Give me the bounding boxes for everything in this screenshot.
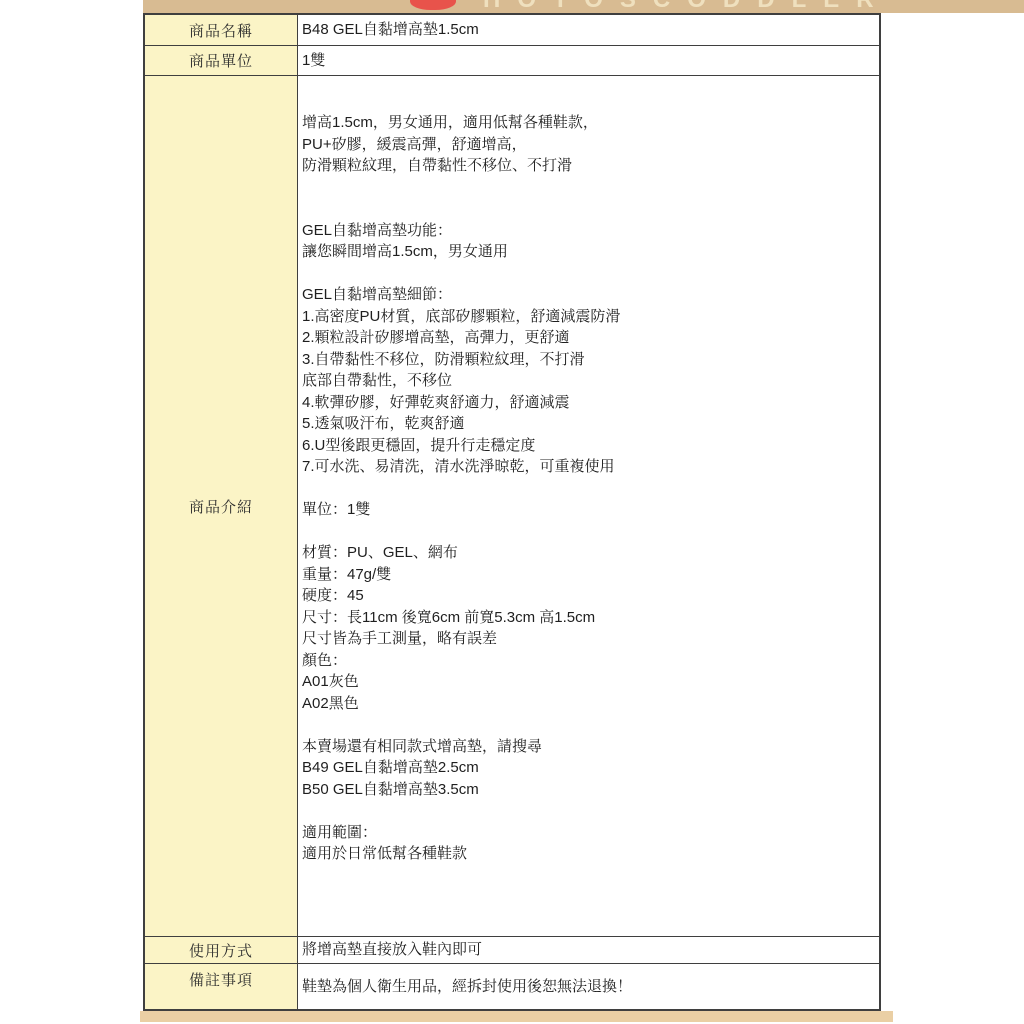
description-line: 顏色： — [302, 650, 875, 672]
table-row-product-description: 商品介紹 增高1.5cm，男女通用，適用低幫各種鞋款，PU+矽膠，緩震高彈，舒適… — [145, 75, 879, 936]
description-line: PU+矽膠，緩震高彈，舒適增高， — [302, 134, 875, 156]
row-value-product-unit: 1雙 — [298, 46, 879, 75]
description-line — [302, 478, 875, 500]
description-line: 尺寸：長11cm 後寬6cm 前寬5.3cm 高1.5cm — [302, 607, 875, 629]
watermark-red-logo-fragment — [410, 0, 456, 10]
description-line — [302, 198, 875, 220]
watermark-top-band: HOTOSCODDLER — [143, 0, 1024, 13]
table-row-product-unit: 商品單位 1雙 — [145, 45, 879, 75]
description-line: 1.高密度PU材質，底部矽膠顆粒，舒適減震防滑 — [302, 306, 875, 328]
description-line: 增高1.5cm，男女通用，適用低幫各種鞋款， — [302, 112, 875, 134]
description-line: A01灰色 — [302, 671, 875, 693]
row-label-product-description: 商品介紹 — [145, 76, 298, 936]
row-value-product-description: 增高1.5cm，男女通用，適用低幫各種鞋款，PU+矽膠，緩震高彈，舒適增高，防滑… — [298, 76, 879, 936]
description-line: B49 GEL自黏增高墊2.5cm — [302, 757, 875, 779]
table-row-notes: 備註事項 鞋墊為個人衛生用品，經拆封使用後恕無法退換！ — [145, 963, 879, 1009]
description-line: 硬度：45 — [302, 585, 875, 607]
description-line — [302, 800, 875, 822]
description-line: 5.透氣吸汗布，乾爽舒適 — [302, 413, 875, 435]
description-line: 3.自帶黏性不移位，防滑顆粒紋理，不打滑 — [302, 349, 875, 371]
description-line: 適用於日常低幫各種鞋款 — [302, 843, 875, 865]
description-line: 尺寸皆為手工測量，略有誤差 — [302, 628, 875, 650]
row-label-notes: 備註事項 — [145, 964, 298, 1009]
description-line: A02黑色 — [302, 693, 875, 715]
row-label-product-unit: 商品單位 — [145, 46, 298, 75]
description-line: 重量：47g/雙 — [302, 564, 875, 586]
description-line: 防滑顆粒紋理，自帶黏性不移位、不打滑 — [302, 155, 875, 177]
description-line: 本賣場還有相同款式增高墊，請搜尋 — [302, 736, 875, 758]
description-line: 材質：PU、GEL、網布 — [302, 542, 875, 564]
row-label-usage: 使用方式 — [145, 937, 298, 963]
description-line: 6.U型後跟更穩固，提升行走穩定度 — [302, 435, 875, 457]
row-value-usage: 將增高墊直接放入鞋內即可 — [298, 937, 879, 963]
product-spec-table: 商品名稱 B48 GEL自黏增高墊1.5cm 商品單位 1雙 商品介紹 增高1.… — [143, 13, 881, 1011]
description-line — [302, 714, 875, 736]
description-line: 讓您瞬間增高1.5cm，男女通用 — [302, 241, 875, 263]
row-label-product-name: 商品名稱 — [145, 15, 298, 45]
description-line — [302, 521, 875, 543]
description-line: 適用範圍： — [302, 822, 875, 844]
description-line: GEL自黏增高墊功能： — [302, 220, 875, 242]
description-line — [302, 263, 875, 285]
watermark-bottom-band — [140, 1011, 893, 1022]
row-value-product-name: B48 GEL自黏增高墊1.5cm — [298, 15, 879, 45]
watermark-text: HOTOSCODDLER — [483, 0, 891, 13]
table-row-product-name: 商品名稱 B48 GEL自黏增高墊1.5cm — [145, 15, 879, 45]
table-row-usage: 使用方式 將增高墊直接放入鞋內即可 — [145, 936, 879, 963]
description-line: 2.顆粒設計矽膠增高墊，高彈力，更舒適 — [302, 327, 875, 349]
description-line: 單位：1雙 — [302, 499, 875, 521]
description-line: GEL自黏增高墊細節： — [302, 284, 875, 306]
description-line: B50 GEL自黏增高墊3.5cm — [302, 779, 875, 801]
description-line: 7.可水洗、易清洗，清水洗淨晾乾，可重複使用 — [302, 456, 875, 478]
description-line: 4.軟彈矽膠，好彈乾爽舒適力，舒適減震 — [302, 392, 875, 414]
description-line: 底部自帶黏性，不移位 — [302, 370, 875, 392]
row-value-notes: 鞋墊為個人衛生用品，經拆封使用後恕無法退換！ — [298, 964, 879, 1009]
description-line — [302, 177, 875, 199]
